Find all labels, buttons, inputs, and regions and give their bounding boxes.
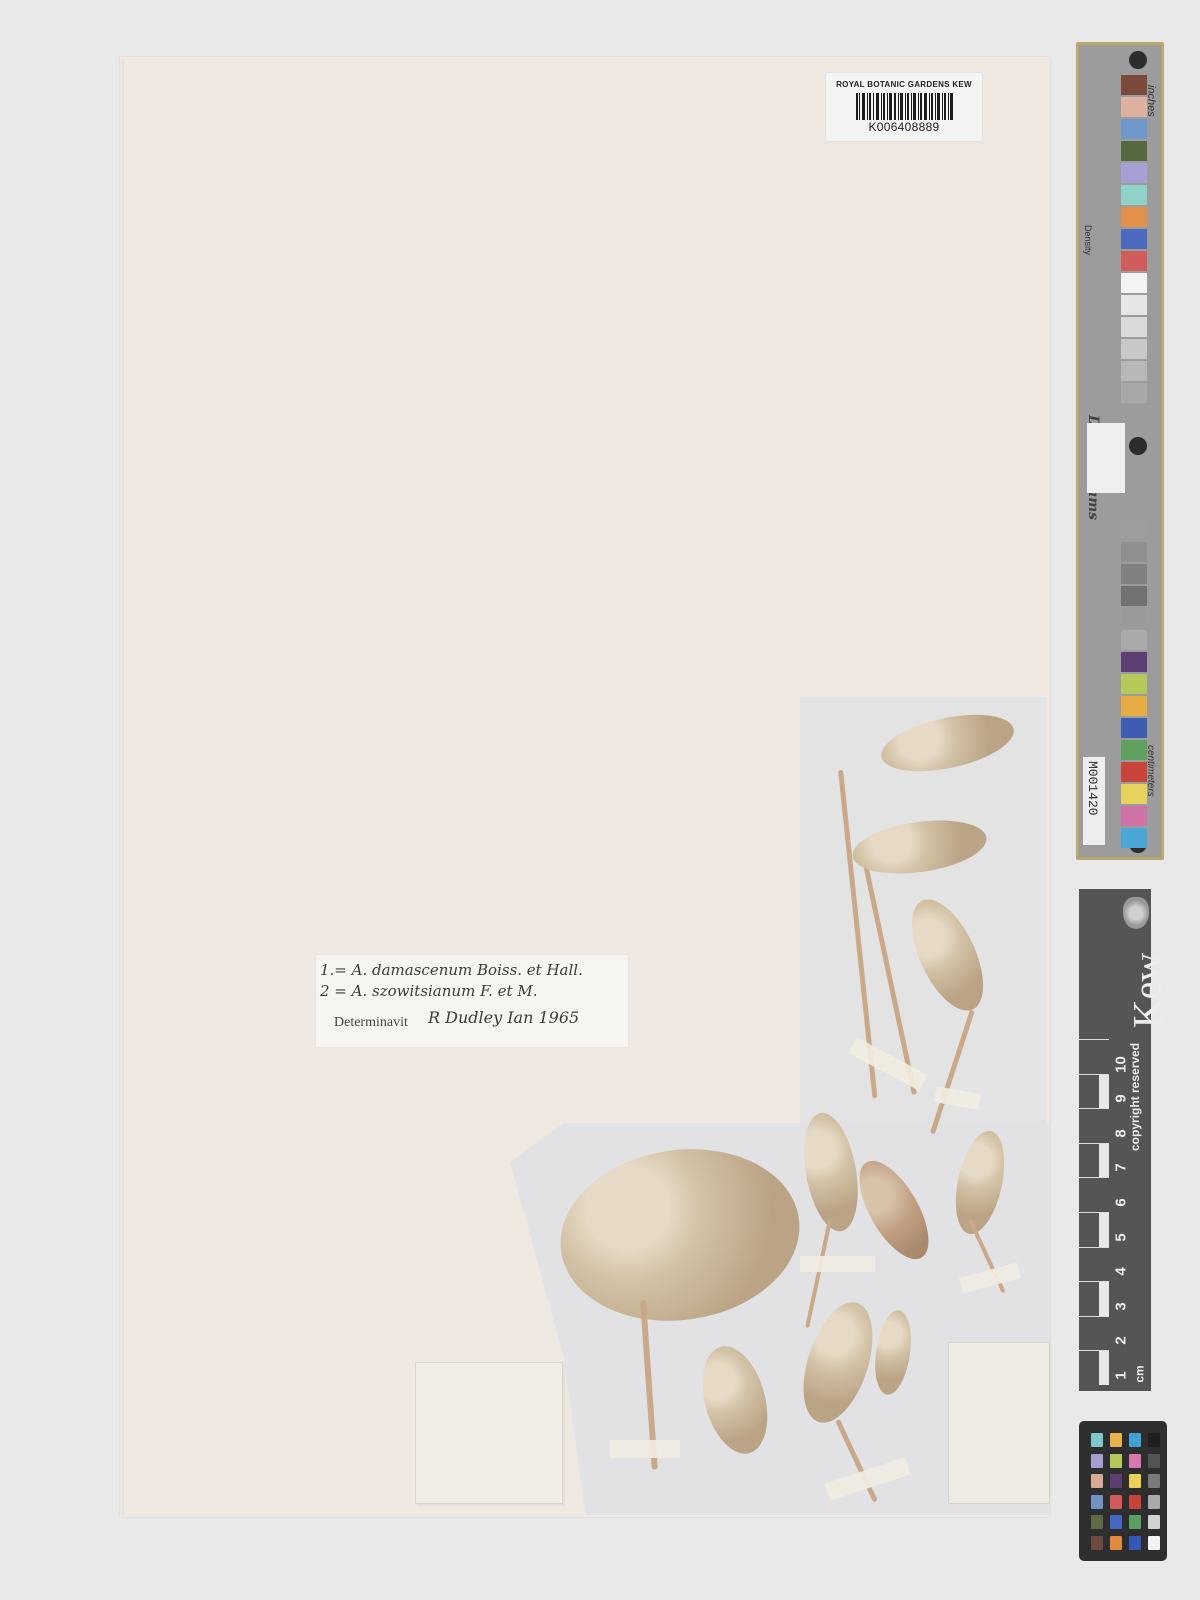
colour-swatch	[1121, 229, 1147, 249]
ruler-segment	[1079, 1177, 1109, 1212]
colour-swatch	[1121, 542, 1147, 562]
colour-swatch	[1121, 339, 1147, 359]
checker-patch	[1148, 1495, 1160, 1509]
mounting-strip	[610, 1440, 680, 1458]
colour-swatch	[1121, 207, 1147, 227]
colour-swatch	[1121, 251, 1147, 271]
mounting-strip	[800, 1256, 875, 1272]
density-label: Density	[1083, 225, 1093, 255]
inflorescence	[849, 813, 990, 881]
ruler-segment	[1079, 1108, 1109, 1143]
kew-wordmark: Kew	[1123, 953, 1170, 1029]
colour-swatch	[1121, 608, 1147, 628]
ruler-number: 4	[1113, 1262, 1130, 1282]
ruler-segment	[1079, 1316, 1109, 1351]
inflorescence	[948, 1127, 1013, 1239]
checker-patch	[1129, 1474, 1141, 1488]
checker-patch	[1129, 1495, 1141, 1509]
colour-swatch	[1121, 119, 1147, 139]
colour-swatch	[1121, 163, 1147, 183]
checker-patch	[1091, 1495, 1103, 1509]
ruler-number: 3	[1113, 1296, 1130, 1316]
colour-swatch	[1121, 652, 1147, 672]
colour-swatch	[1121, 674, 1147, 694]
checker-patch	[1091, 1454, 1103, 1468]
inflorescence	[870, 1308, 915, 1397]
colour-swatch	[1121, 75, 1147, 95]
scale-id-tag: M001420	[1083, 757, 1105, 845]
checker-patch	[1148, 1454, 1160, 1468]
colour-swatch	[1121, 718, 1147, 738]
checker-patch	[1091, 1515, 1103, 1529]
cm-label: cm	[1133, 1365, 1147, 1382]
colour-swatch	[1121, 630, 1147, 650]
resolution-target	[1087, 423, 1125, 493]
checker-patch	[1091, 1536, 1103, 1550]
inflorescence	[790, 1294, 886, 1431]
plant-specimen-group	[0, 0, 1200, 1600]
ruler-number: 6	[1113, 1193, 1130, 1213]
checker-patch	[1148, 1536, 1160, 1550]
plant-stem	[805, 1220, 832, 1328]
ruler-number: 10	[1113, 1054, 1130, 1074]
ruler-number: 2	[1113, 1331, 1130, 1351]
checker-patch	[1129, 1454, 1141, 1468]
colour-swatch	[1121, 383, 1147, 403]
colour-swatch	[1121, 740, 1147, 760]
checker-patch	[1148, 1474, 1160, 1488]
checker-patch	[1091, 1433, 1103, 1447]
colour-swatch	[1121, 806, 1147, 826]
ruler-segment	[1079, 1247, 1109, 1282]
checker-patch	[1129, 1515, 1141, 1529]
ruler-segment	[1079, 1039, 1109, 1074]
ruler-number: 8	[1113, 1123, 1130, 1143]
colour-swatch	[1121, 273, 1147, 293]
ruler-segment	[1079, 1143, 1109, 1178]
colour-swatch	[1121, 586, 1147, 606]
checker-patch	[1091, 1474, 1103, 1488]
colour-swatch	[1121, 295, 1147, 315]
checker-patch	[1129, 1536, 1141, 1550]
inflorescence	[549, 1134, 810, 1336]
checker-patch	[1129, 1433, 1141, 1447]
inflorescence	[846, 1150, 943, 1269]
inflorescence	[897, 889, 998, 1021]
colour-swatch	[1121, 361, 1147, 381]
kew-crest-icon	[1123, 897, 1149, 929]
ruler-number: 7	[1113, 1158, 1130, 1178]
colour-swatch	[1121, 97, 1147, 117]
colour-swatch	[1121, 317, 1147, 337]
mounting-strip	[848, 1037, 927, 1090]
checker-patch	[1148, 1515, 1160, 1529]
ruler-number: 1	[1113, 1366, 1130, 1386]
ruler-segment	[1079, 1212, 1109, 1247]
kew-scale-ruler: Kew 12345678910 copyright reserved cm	[1079, 889, 1151, 1391]
colour-swatch	[1121, 141, 1147, 161]
alignment-dot-icon	[1129, 437, 1147, 455]
mounting-strip	[824, 1457, 910, 1500]
colour-swatch	[1121, 828, 1147, 848]
colour-swatch	[1121, 564, 1147, 584]
plant-stem	[930, 1009, 975, 1134]
checker-patch	[1148, 1433, 1160, 1447]
checker-patch	[1110, 1433, 1122, 1447]
ruler-ticks	[1079, 1039, 1109, 1385]
checker-patch	[1110, 1454, 1122, 1468]
checker-patch	[1110, 1515, 1122, 1529]
colour-checker-card	[1079, 1421, 1167, 1561]
inflorescence	[796, 1109, 866, 1236]
colour-swatch	[1121, 696, 1147, 716]
colour-swatch	[1121, 784, 1147, 804]
ruler-segment	[1079, 1281, 1109, 1316]
colour-swatch	[1121, 762, 1147, 782]
inflorescence	[692, 1339, 778, 1461]
inflorescence	[876, 705, 1018, 782]
colour-swatch	[1121, 185, 1147, 205]
ruler-segment	[1079, 1074, 1109, 1109]
ruler-number: 5	[1113, 1227, 1130, 1247]
checker-patch	[1110, 1495, 1122, 1509]
checker-patch	[1110, 1536, 1122, 1550]
colour-calibration-strip: inches Density Don Williams centimeters …	[1076, 42, 1164, 860]
alignment-dot-icon	[1129, 51, 1147, 69]
checker-patch	[1110, 1474, 1122, 1488]
colour-swatch	[1121, 520, 1147, 540]
ruler-segment	[1079, 1350, 1109, 1385]
ruler-number: 9	[1113, 1089, 1130, 1109]
